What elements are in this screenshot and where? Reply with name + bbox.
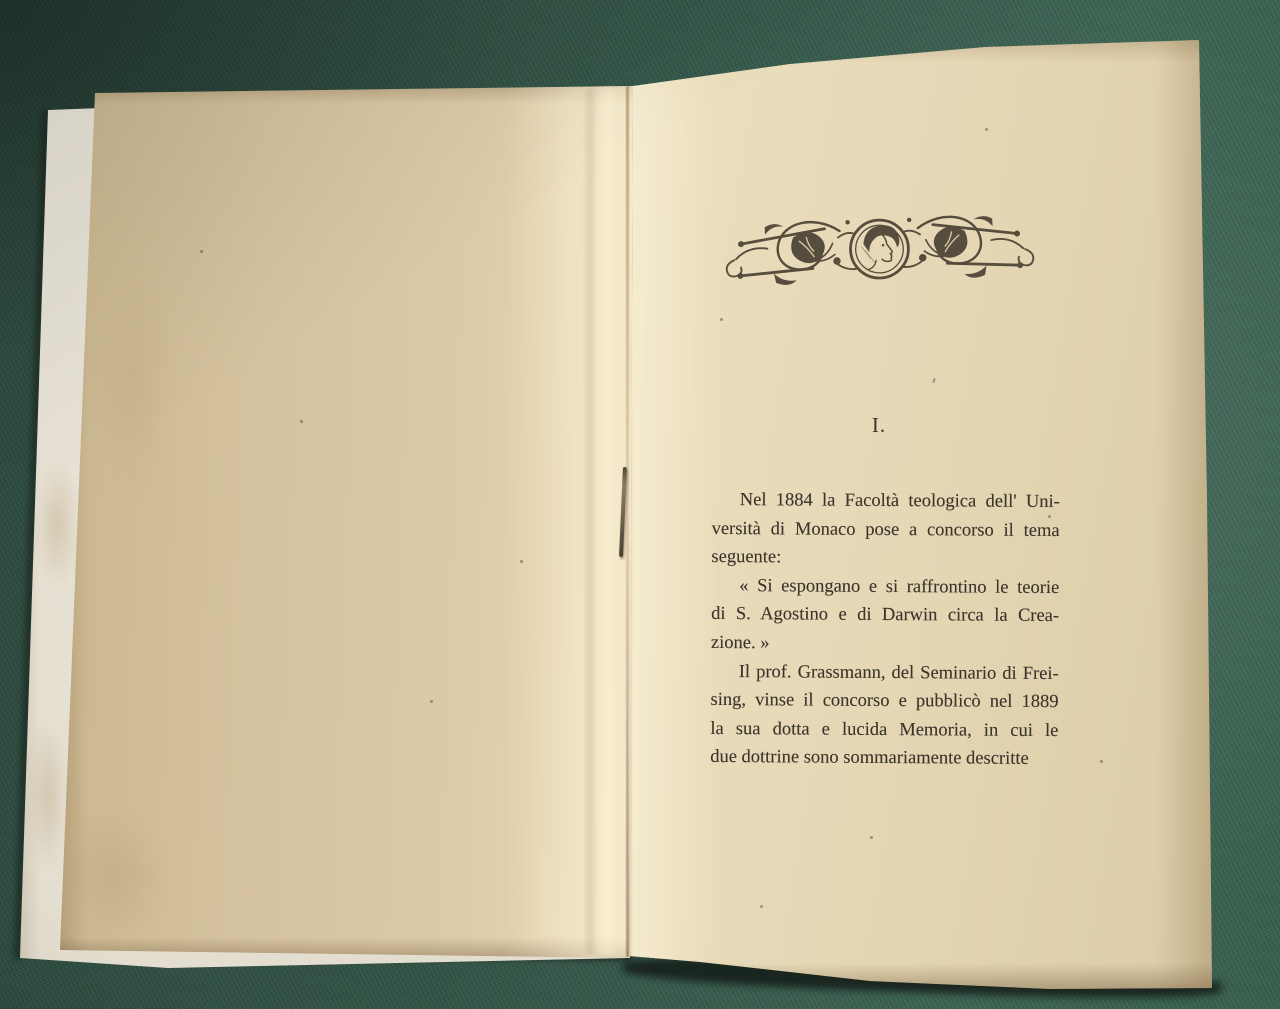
text-line: « Si espongano e si raffrontino le teori… [711, 572, 1059, 603]
paper-speck [200, 250, 203, 253]
text-line: Nel 1884 la Facoltà teologica dell' Uni- [712, 486, 1060, 517]
gutter-fold-line [626, 86, 629, 957]
gutter-crease-shadow [583, 88, 597, 954]
text-line: seguente: [711, 543, 1059, 574]
photo-of-open-book: I. Nel 1884 la Facoltà teologica dell' U… [0, 0, 1280, 1009]
stain [27, 720, 67, 870]
text-line: zione. » [711, 629, 1059, 660]
text-line: due dottrine sono sommariamente descritt… [710, 743, 1058, 774]
body-text: Nel 1884 la Facoltà teologica dell' Uni-… [710, 486, 1060, 774]
paper-speck [985, 128, 988, 131]
text-line: Il prof. Grassmann, del Seminario di Fre… [711, 657, 1059, 688]
chapter-number: I. [714, 413, 1044, 438]
headpiece-ornament-icon [716, 202, 1044, 298]
text-line: sing, vinse il concorso e pubblicò nel 1… [710, 686, 1058, 717]
paper-speck [1048, 515, 1051, 518]
text-line: di S. Agostino e di Darwin circa la Crea… [711, 600, 1059, 631]
gutter-crease-highlight [598, 88, 618, 954]
left-blank-page [55, 80, 635, 965]
paper-speck [760, 905, 763, 908]
paper-speck [300, 420, 303, 423]
paper-speck [430, 700, 433, 703]
right-text-page: I. Nel 1884 la Facoltà teologica dell' U… [625, 35, 1220, 995]
paper-speck [870, 836, 873, 839]
paper-speck [520, 560, 523, 563]
text-line: la sua dotta e lucida Memoria, in cui le [710, 715, 1058, 746]
stain [35, 460, 79, 590]
paper-speck [1100, 760, 1103, 763]
text-line: versità di Monaco pose a concorso il tem… [712, 515, 1060, 546]
paper-speck [720, 318, 723, 321]
